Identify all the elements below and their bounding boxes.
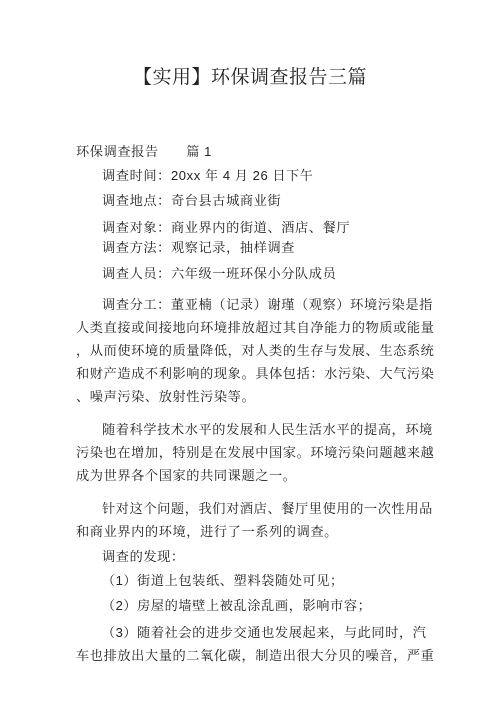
finding-item: （1）街道上包装纸、塑料袋随处可见； <box>102 570 344 589</box>
finding-text: 随着社会的进步交通也发展起来，与此同时，汽 <box>137 626 427 641</box>
field-label: 调查对象： <box>102 221 171 236</box>
field-value: 六年级一班环保小分队成员 <box>171 267 336 282</box>
paragraph-line: 针对这个问题，我们对酒店、餐厅里使用的一次性用品 <box>102 498 433 517</box>
paragraph-line: 、噪声污染、放射性污染等。 <box>76 386 255 405</box>
field-subject: 调查对象：商业界内的街道、酒店、餐厅 <box>102 217 350 236</box>
document-title: 【实用】环保调查报告三篇 <box>0 62 500 89</box>
paragraph-line: 和商业界内的环境，进行了一系列的调查。 <box>76 521 338 540</box>
section-heading: 环保调查报告 篇 1 <box>76 141 212 160</box>
paragraph-line: 成为世界各个国家的共同课题之一。 <box>76 465 297 484</box>
finding-item: （3）随着社会的进步交通也发展起来，与此同时，汽 <box>102 622 427 641</box>
paragraph-line: 车也排放出大量的二氧化碳，制造出很大分贝的噪音，严重 <box>76 645 434 664</box>
document-page: 【实用】环保调查报告三篇 环保调查报告 篇 1 调查时间：20xx 年 4 月 … <box>0 0 500 708</box>
field-value: 奇台县古城商业街 <box>171 194 281 209</box>
finding-number: （3） <box>102 625 137 640</box>
paragraph-line: 调查分工：董亚楠（记录）谢瑾（观察）环境污染是指 <box>102 294 433 313</box>
paragraph-line: 和财产造成不利影响的现象。具体包括：水污染、大气污染 <box>76 363 434 382</box>
paragraph-line: 污染也在增加，特别是在发展中国家。环境污染问题越来越 <box>76 442 434 461</box>
field-people: 调查人员：六年级一班环保小分队成员 <box>102 263 336 282</box>
finding-number: （2） <box>102 598 137 613</box>
field-value: 20xx 年 4 月 26 日下午 <box>171 168 313 183</box>
section-number: 篇 1 <box>186 144 212 159</box>
field-location: 调查地点：奇台县古城商业街 <box>102 190 281 209</box>
paragraph-line: ，从而使环境的质量降低，对人类的生存与发展、生态系统 <box>76 340 434 359</box>
field-value: 商业界内的街道、酒店、餐厅 <box>171 221 350 236</box>
finding-text: 房屋的墙壁上被乱涂乱画，影响市容； <box>137 599 371 614</box>
finding-number: （1） <box>102 573 137 588</box>
field-method: 调查方法：观察记录，抽样调查 <box>102 237 295 256</box>
field-label: 调查方法： <box>102 241 171 256</box>
section-heading-text: 环保调查报告 <box>76 145 159 160</box>
finding-item: （2）房屋的墙壁上被乱涂乱画，影响市容； <box>102 595 371 614</box>
field-time: 调查时间：20xx 年 4 月 26 日下午 <box>102 165 313 184</box>
field-label: 调查时间： <box>102 169 171 184</box>
field-value: 观察记录，抽样调查 <box>171 241 295 256</box>
paragraph-line: 随着科学技术水平的发展和人民生活水平的提高，环境 <box>102 419 433 438</box>
field-label: 调查人员： <box>102 267 171 282</box>
paragraph-line: 人类直接或间接地向环境排放超过其自净能力的物质或能量 <box>76 317 434 336</box>
field-label: 调查地点： <box>102 194 171 209</box>
findings-heading: 调查的发现： <box>102 546 185 565</box>
finding-text: 街道上包装纸、塑料袋随处可见； <box>137 574 344 589</box>
